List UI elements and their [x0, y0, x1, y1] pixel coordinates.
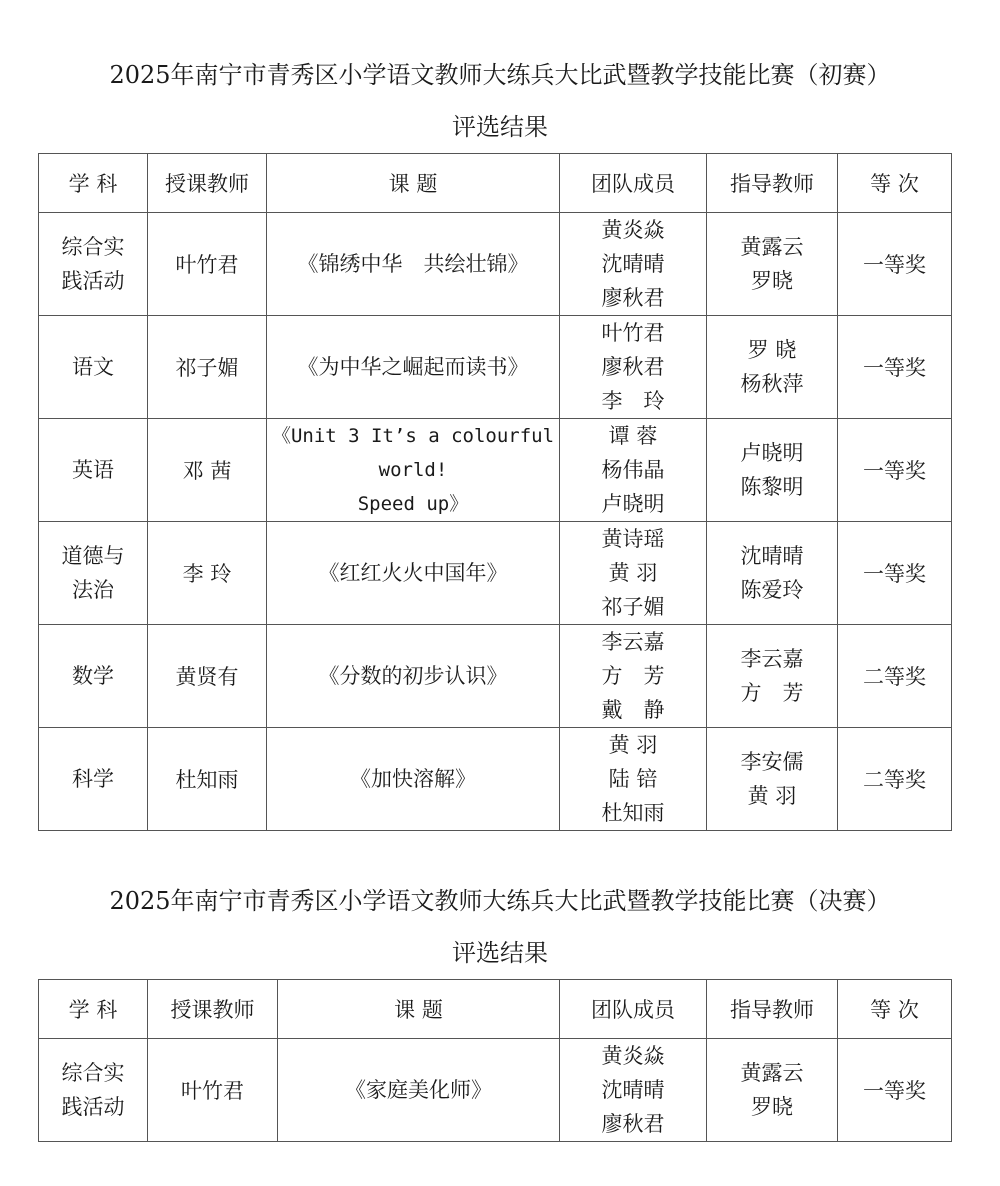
table-header-row: 学 科 授课教师 课 题 团队成员 指导教师 等 次: [39, 154, 952, 213]
header-teacher: 授课教师: [148, 980, 278, 1039]
final-subtitle: 评选结果: [0, 938, 1000, 968]
team-cell: 叶竹君廖秋君李 玲: [560, 316, 707, 419]
award-cell: 一等奖: [838, 419, 952, 522]
header-award: 等 次: [838, 980, 952, 1039]
table-row: 道德与法治 李 玲 《红红火火中国年》 黄诗瑶黄 羽祁子媚 沈晴晴陈爱玲 一等奖: [39, 522, 952, 625]
header-advisors: 指导教师: [707, 154, 838, 213]
teacher-cell: 邓 茜: [148, 419, 267, 522]
award-cell: 一等奖: [838, 316, 952, 419]
header-subject: 学 科: [39, 154, 148, 213]
topic-cell: 《家庭美化师》: [278, 1039, 560, 1142]
table-row: 数学 黄贤有 《分数的初步认识》 李云嘉方 芳戴 静 李云嘉方 芳 二等奖: [39, 625, 952, 728]
award-cell: 一等奖: [838, 213, 952, 316]
team-cell: 黄炎焱沈晴晴廖秋君: [560, 1039, 707, 1142]
subject-cell: 科学: [39, 728, 148, 831]
team-cell: 黄诗瑶黄 羽祁子媚: [560, 522, 707, 625]
subject-cell: 数学: [39, 625, 148, 728]
header-advisors: 指导教师: [707, 980, 838, 1039]
subject-cell: 英语: [39, 419, 148, 522]
table-row: 英语 邓 茜 《Unit 3 It’s a colourfulworld!Spe…: [39, 419, 952, 522]
teacher-cell: 祁子媚: [148, 316, 267, 419]
topic-cell: 《分数的初步认识》: [267, 625, 560, 728]
header-team: 团队成员: [560, 154, 707, 213]
team-cell: 黄 羽陆 锫杜知雨: [560, 728, 707, 831]
table-row: 综合实践活动 叶竹君 《家庭美化师》 黄炎焱沈晴晴廖秋君 黄露云罗晓 一等奖: [39, 1039, 952, 1142]
table-header-row: 学 科 授课教师 课 题 团队成员 指导教师 等 次: [39, 980, 952, 1039]
header-team: 团队成员: [560, 980, 707, 1039]
header-teacher: 授课教师: [148, 154, 267, 213]
award-cell: 一等奖: [838, 1039, 952, 1142]
teacher-cell: 李 玲: [148, 522, 267, 625]
teacher-cell: 叶竹君: [148, 213, 267, 316]
header-subject: 学 科: [39, 980, 148, 1039]
topic-cell: 《红红火火中国年》: [267, 522, 560, 625]
table-row: 科学 杜知雨 《加快溶解》 黄 羽陆 锫杜知雨 李安儒黄 羽 二等奖: [39, 728, 952, 831]
subject-cell: 综合实践活动: [39, 213, 148, 316]
header-award: 等 次: [838, 154, 952, 213]
subject-cell: 道德与法治: [39, 522, 148, 625]
table-row: 语文 祁子媚 《为中华之崛起而读书》 叶竹君廖秋君李 玲 罗 晓杨秋萍 一等奖: [39, 316, 952, 419]
topic-cell: 《加快溶解》: [267, 728, 560, 831]
advisors-cell: 李安儒黄 羽: [707, 728, 838, 831]
team-cell: 谭 蓉杨伟晶卢晓明: [560, 419, 707, 522]
final-title: 2025年南宁市青秀区小学语文教师大练兵大比武暨教学技能比赛（决赛）: [0, 886, 1000, 916]
team-cell: 黄炎焱沈晴晴廖秋君: [560, 213, 707, 316]
award-cell: 二等奖: [838, 625, 952, 728]
header-topic: 课 题: [267, 154, 560, 213]
subject-cell: 语文: [39, 316, 148, 419]
prelim-results-table: 学 科 授课教师 课 题 团队成员 指导教师 等 次 综合实践活动 叶竹君 《锦…: [38, 153, 952, 831]
teacher-cell: 杜知雨: [148, 728, 267, 831]
advisors-cell: 李云嘉方 芳: [707, 625, 838, 728]
advisors-cell: 罗 晓杨秋萍: [707, 316, 838, 419]
topic-cell: 《为中华之崛起而读书》: [267, 316, 560, 419]
award-cell: 二等奖: [838, 728, 952, 831]
final-results-table: 学 科 授课教师 课 题 团队成员 指导教师 等 次 综合实践活动 叶竹君 《家…: [38, 979, 952, 1142]
topic-cell: 《锦绣中华 共绘壮锦》: [267, 213, 560, 316]
teacher-cell: 黄贤有: [148, 625, 267, 728]
table-row: 综合实践活动 叶竹君 《锦绣中华 共绘壮锦》 黄炎焱沈晴晴廖秋君 黄露云罗晓 一…: [39, 213, 952, 316]
prelim-title: 2025年南宁市青秀区小学语文教师大练兵大比武暨教学技能比赛（初赛）: [0, 60, 1000, 90]
advisors-cell: 黄露云罗晓: [707, 1039, 838, 1142]
header-topic: 课 题: [278, 980, 560, 1039]
award-cell: 一等奖: [838, 522, 952, 625]
advisors-cell: 卢晓明陈黎明: [707, 419, 838, 522]
advisors-cell: 沈晴晴陈爱玲: [707, 522, 838, 625]
team-cell: 李云嘉方 芳戴 静: [560, 625, 707, 728]
subject-cell: 综合实践活动: [39, 1039, 148, 1142]
topic-cell: 《Unit 3 It’s a colourfulworld!Speed up》: [267, 419, 560, 522]
prelim-subtitle: 评选结果: [0, 112, 1000, 142]
advisors-cell: 黄露云罗晓: [707, 213, 838, 316]
teacher-cell: 叶竹君: [148, 1039, 278, 1142]
